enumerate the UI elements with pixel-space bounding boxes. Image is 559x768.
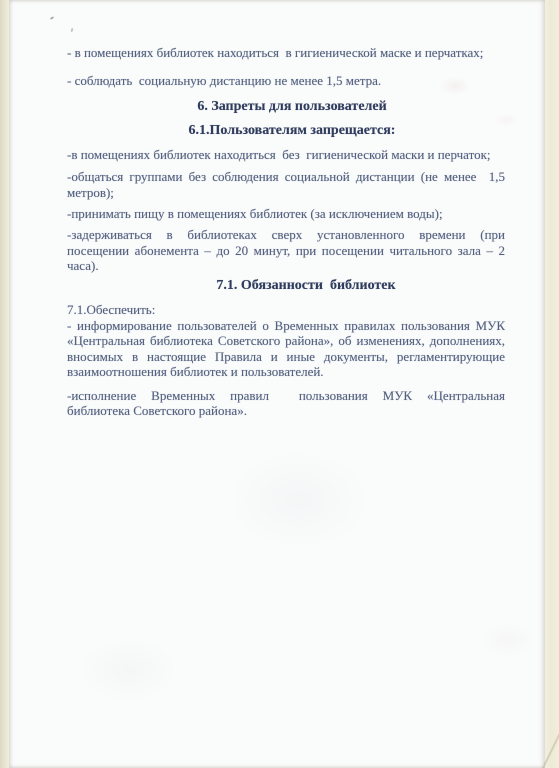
text-line: вносимых в настоящие Правила и иные доку… (67, 349, 505, 365)
text-line: -исполнение Временных правил пользования… (67, 388, 505, 404)
paragraph: -в помещениях библиотек находиться без г… (67, 147, 505, 163)
text-line: метров); (67, 185, 505, 201)
text-line: -общаться группами без соблюдения социал… (67, 169, 505, 185)
scanned-page: - в помещениях библиотек находиться в ги… (0, 0, 559, 768)
text-line: взаимоотношения библиотек и пользователе… (67, 364, 505, 380)
text-line: часа). (67, 258, 505, 274)
text-line: - соблюдать социальную дистанцию не мене… (67, 73, 505, 89)
scanner-bed-right-edge (545, 0, 559, 768)
section-heading: 7.1. Обязанности библиотек (87, 278, 525, 294)
paragraph: -общаться группами без соблюдения социал… (67, 169, 505, 200)
text-line: - в помещениях библиотек находиться в ги… (67, 45, 505, 61)
paragraph: -принимать пищу в помещениях библиотек (… (67, 206, 505, 222)
text-line: 7.1.Обеспечить: (67, 302, 505, 318)
document-body: - в помещениях библиотек находиться в ги… (67, 0, 505, 419)
text-line: -принимать пищу в помещениях библиотек (… (67, 206, 505, 222)
paragraph: -исполнение Временных правил пользования… (67, 388, 505, 419)
paragraph: 7.1.Обеспечить:- информирование пользова… (67, 302, 505, 380)
text-line: -задерживаться в библиотеках сверх устан… (67, 227, 505, 243)
text-line: посещении абонемента – до 20 минут, при … (67, 243, 505, 259)
scan-speck (50, 16, 54, 20)
paragraph: - в помещениях библиотек находиться в ги… (67, 45, 505, 61)
text-line: -в помещениях библиотек находиться без г… (67, 147, 505, 163)
scanner-bed-left-edge (0, 0, 9, 768)
text-line: - информирование пользователей о Временн… (67, 318, 505, 334)
text-line: «Центральная библиотека Советского район… (67, 333, 505, 349)
paragraph: - соблюдать социальную дистанцию не мене… (67, 73, 505, 89)
section-heading: 6. Запреты для пользователей (73, 99, 511, 115)
text-line: библиотека Советского района». (67, 403, 505, 419)
section-heading: 6.1.Пользователям запрещается: (73, 123, 511, 139)
paragraph: -задерживаться в библиотеках сверх устан… (67, 227, 505, 274)
